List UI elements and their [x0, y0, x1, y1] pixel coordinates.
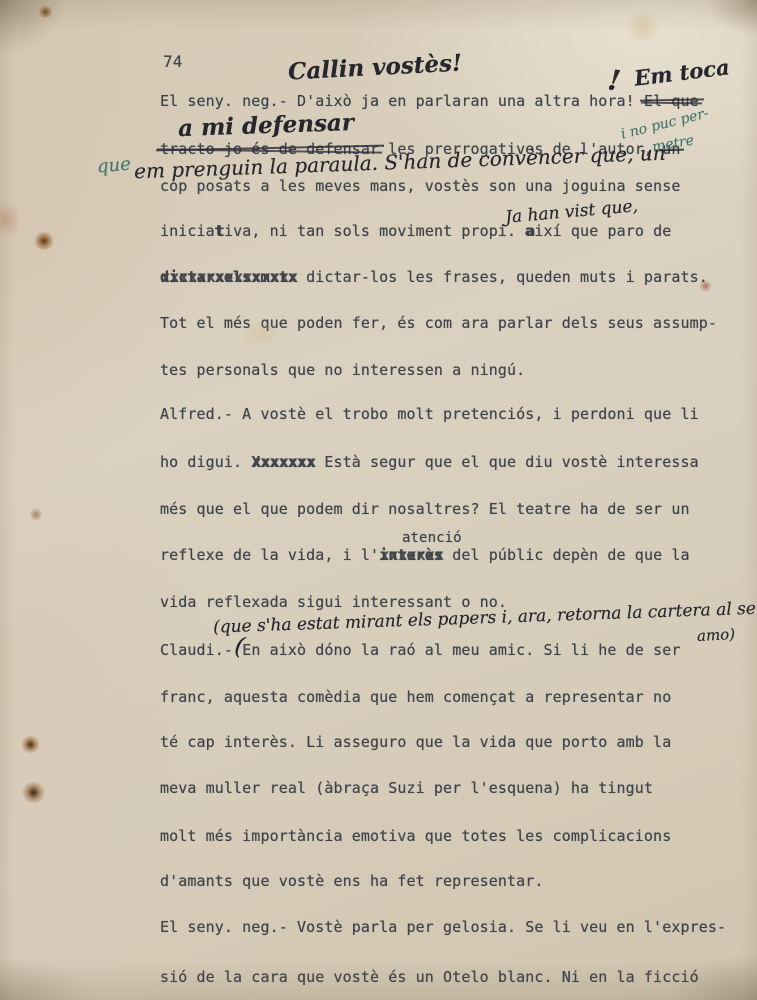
- typed-line: El seny. neg.- Vostè parla per gelosia. …: [160, 918, 726, 936]
- typed-text: El seny. neg.- D'això ja en parlaran una…: [160, 92, 644, 110]
- typed-text: del públic depèn de que la: [443, 546, 690, 564]
- typed-line: cop posats a les meves mans, vostès son …: [160, 177, 680, 195]
- typed-text: d'amants que vostè ens ha fet representa…: [160, 872, 544, 890]
- typed-line: Alfred.- A vostè el trobo molt pretenció…: [160, 405, 699, 423]
- typed-line: franc, aquesta comèdia que hem començat …: [160, 688, 671, 706]
- stain-spot: [38, 6, 53, 18]
- typed-line: d'amants que vostè ens ha fet representa…: [160, 872, 544, 890]
- x-struck-text: Xxxxxxx: [251, 453, 315, 471]
- stain-spot: [29, 508, 43, 521]
- typed-text: cop posats a les meves mans, vostès son …: [160, 177, 680, 195]
- typed-line: ho digui. Xxxxxxx Està segur que el que …: [160, 453, 699, 471]
- stain-spot: [0, 200, 20, 240]
- handwritten-margin-que: que: [96, 154, 131, 178]
- stain-spot: [22, 782, 45, 803]
- x-struck-text: interès: [379, 546, 443, 564]
- typed-text: franc, aquesta comèdia que hem començat …: [160, 688, 671, 706]
- stain-spot: [34, 232, 54, 250]
- typed-text: Alfred.- A vostè el trobo molt pretenció…: [160, 405, 699, 423]
- typed-text: inicia: [160, 222, 215, 240]
- handwritten-defensar-note: a mi defensar: [178, 109, 355, 142]
- typed-text: En això dóno la raó al meu amic. Si li h…: [242, 641, 680, 659]
- typed-line: més que el que podem dir nosaltres? El t…: [160, 500, 690, 518]
- typed-text: El seny. neg.- Vostè parla per gelosia. …: [160, 918, 726, 936]
- typed-text: ixí que paro de: [534, 222, 671, 240]
- typed-line: sió de la cara que vostè és un Otelo bla…: [160, 968, 699, 986]
- struck-text: El que: [644, 92, 699, 110]
- stain-spot: [622, 12, 664, 42]
- typed-text: tes personals que no interessen a ningú.: [160, 361, 525, 379]
- typed-line: molt més importància emotiva que totes l…: [160, 827, 671, 845]
- typed-text: Tot el més que poden fer, és com ara par…: [160, 314, 717, 332]
- typed-text: dictar-los les frases, queden muts i par…: [297, 268, 708, 286]
- typed-text: reflexe de la vida, i l': [160, 546, 379, 564]
- typed-text: Claudi.-: [160, 641, 242, 659]
- typed-text: més que el que podem dir nosaltres? El t…: [160, 500, 690, 518]
- typed-text: té cap interès. Li asseguro que la vida …: [160, 733, 671, 751]
- typed-line: Tot el més que poden fer, és com ara par…: [160, 314, 717, 332]
- typed-line: reflexe de la vida, i l'interès del públ…: [160, 546, 690, 564]
- handwritten-turn-note: Em toca: [633, 54, 731, 90]
- x-struck-text: dictarxelsxmxtx: [160, 268, 297, 286]
- typed-text: meva muller real (àbraça Suzi per l'esqu…: [160, 779, 653, 797]
- typed-text: molt més importància emotiva que totes l…: [160, 827, 671, 845]
- typed-line: dictarxelsxmxtx dictar-los les frases, q…: [160, 268, 708, 286]
- typed-line: iniciativa, ni tan sols moviment propi. …: [160, 222, 671, 240]
- handwritten-stage-direction-end: amo): [697, 625, 736, 645]
- typed-text: Està segur que el que diu vostè interess…: [315, 453, 699, 471]
- manuscript-page: 74 El seny. neg.- D'això ja en parlaran …: [0, 0, 757, 1000]
- page-number: 74: [163, 52, 182, 71]
- typed-line: meva muller real (àbraça Suzi per l'esqu…: [160, 779, 653, 797]
- stain-spot: [21, 736, 40, 753]
- typed-line: té cap interès. Li asseguro que la vida …: [160, 733, 671, 751]
- handwritten-top-note: Callin vostès!: [287, 49, 462, 85]
- typed-text: iva, ni tan sols moviment propi.: [224, 222, 525, 240]
- typed-text: ho digui.: [160, 453, 251, 471]
- typed-line: tes personals que no interessen a ningú.: [160, 361, 525, 379]
- typed-text: sió de la cara que vostè és un Otelo bla…: [160, 968, 699, 986]
- interline-correction: atenció: [402, 530, 462, 546]
- overtyped-text: t: [215, 222, 224, 240]
- handwritten-permetre-note: metre: [651, 132, 695, 155]
